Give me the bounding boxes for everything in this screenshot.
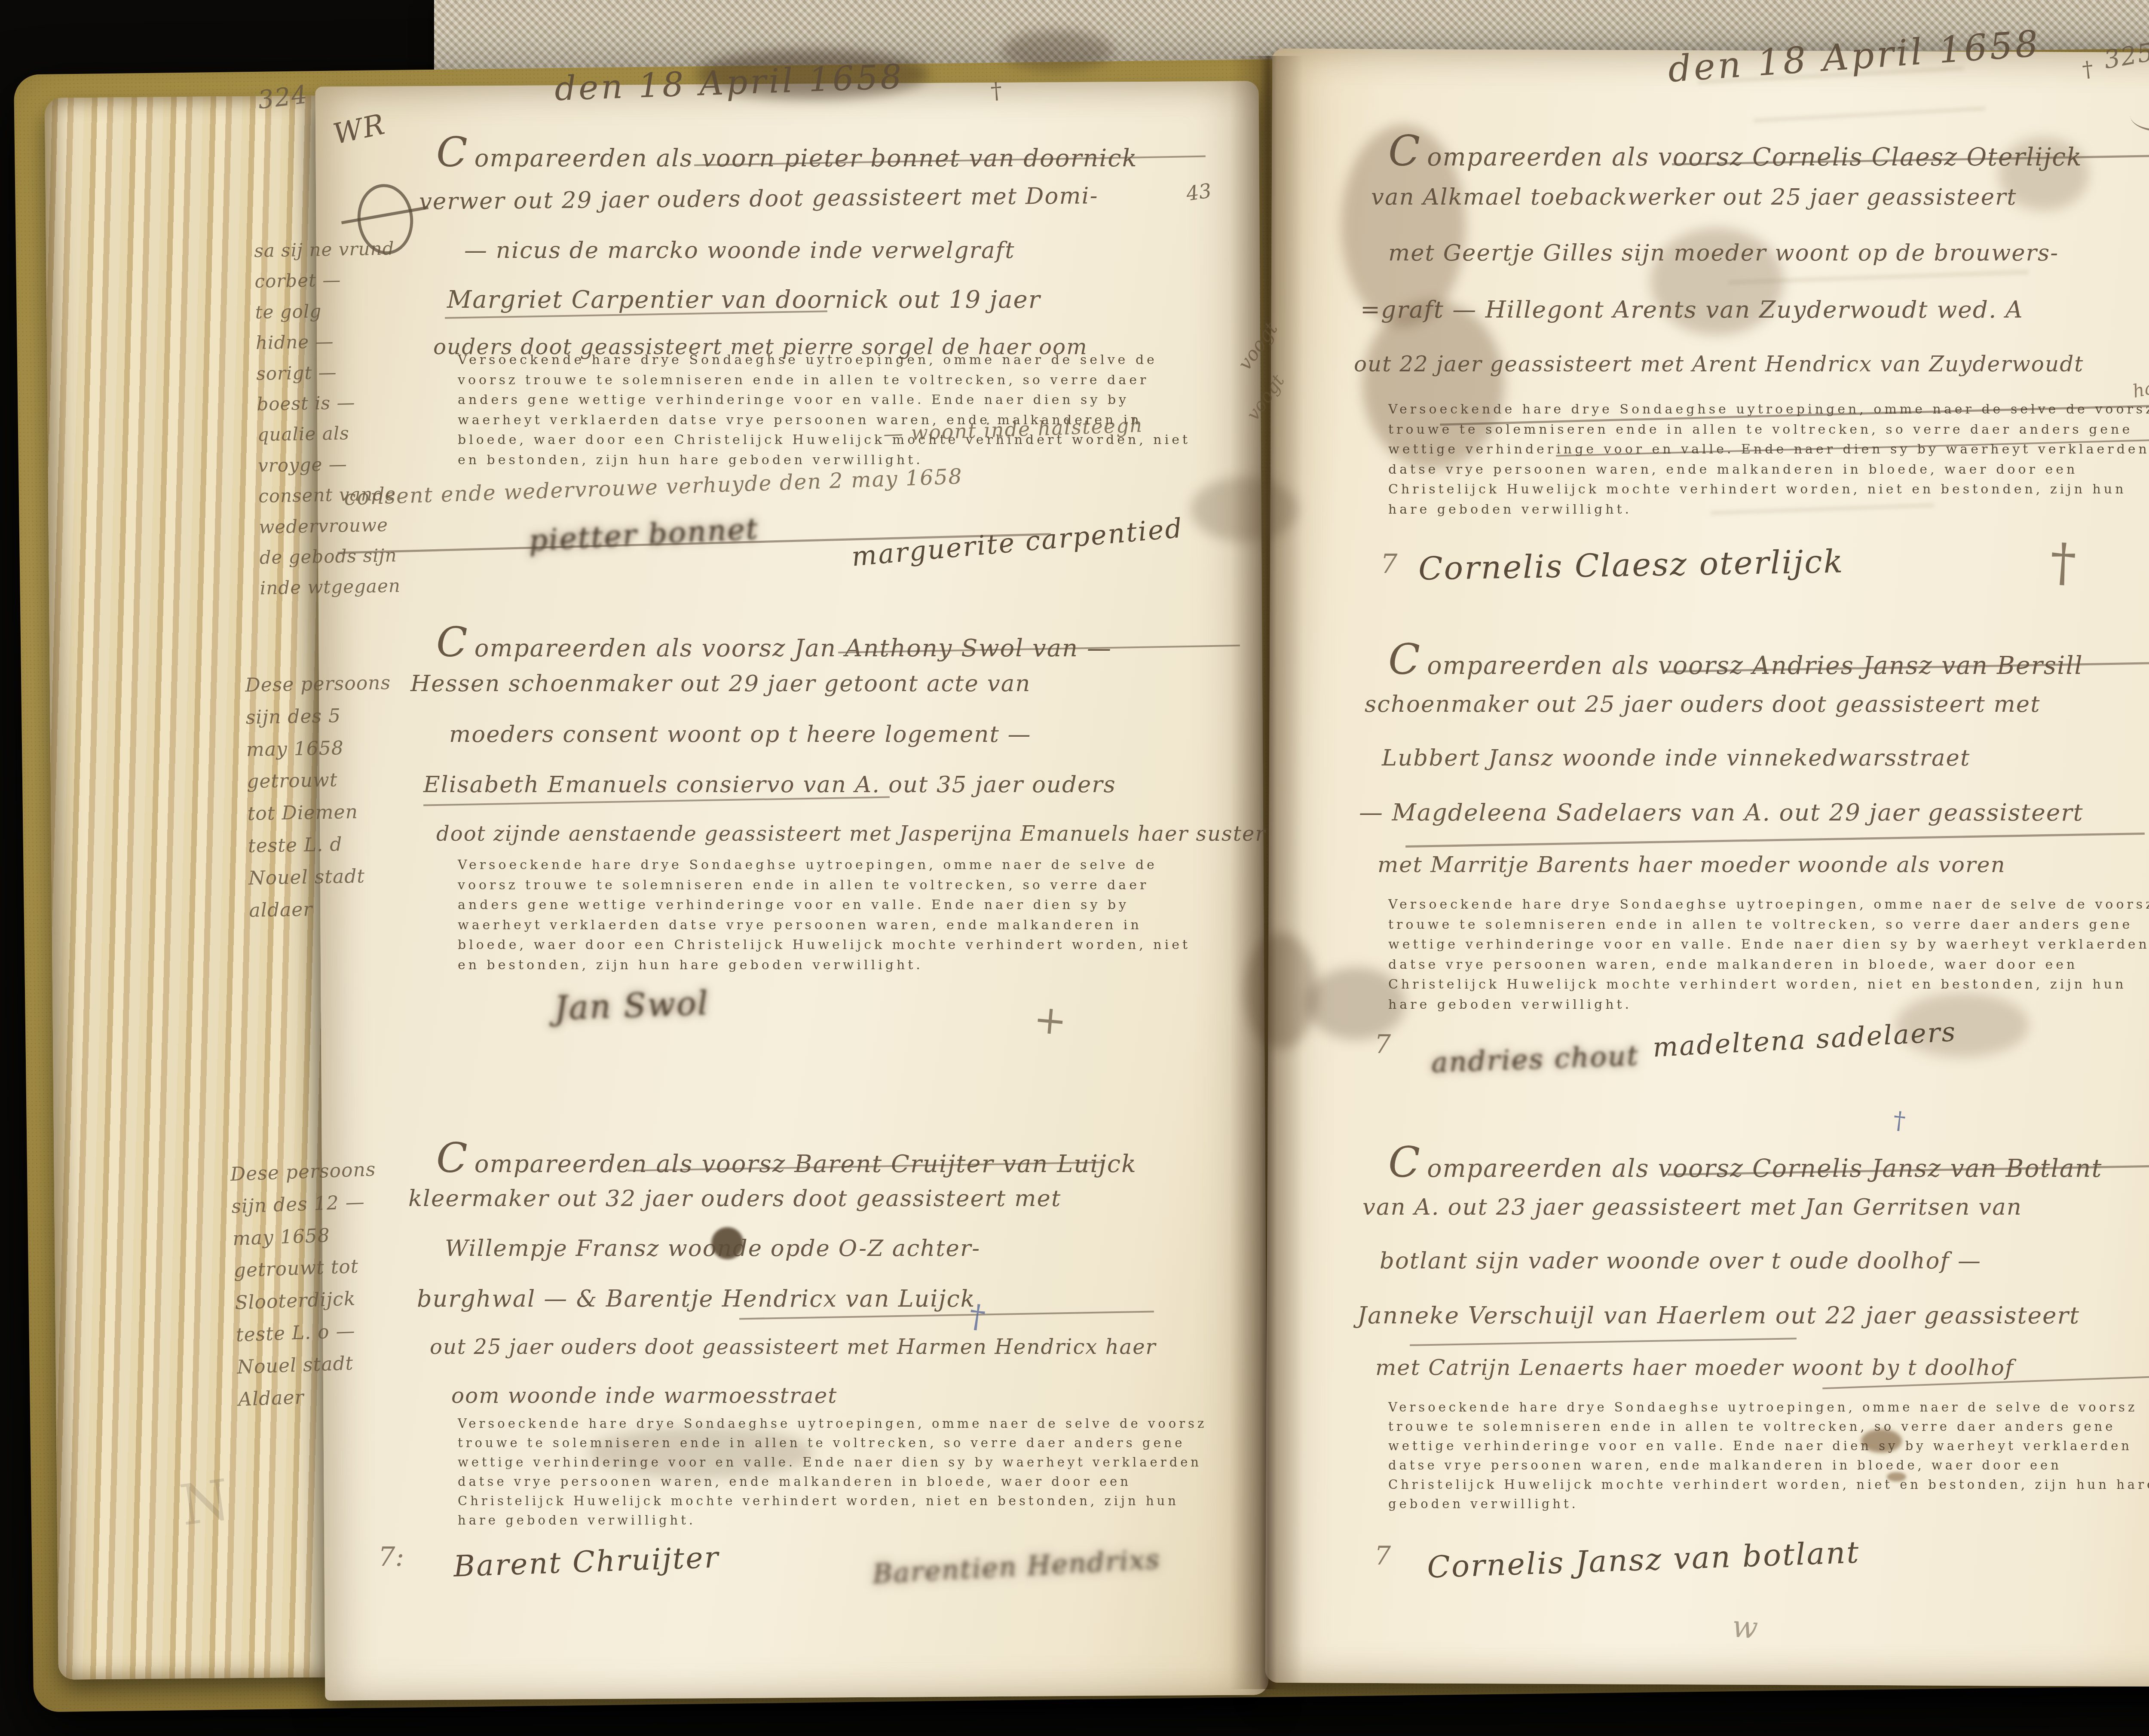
entry-line: burghwal — & Barentje Hendricx van Luijc… <box>417 1285 975 1312</box>
signature: Cornelis Claesz oterlijck <box>1418 543 1844 587</box>
entry-line: Compareerden als voorsz Cornelis Claesz … <box>1388 127 2082 175</box>
banns-formula: Versoeckende hare drye Sondaeghse uytroe… <box>1388 1398 2149 1514</box>
signature-bracket: 7 <box>1375 1541 1391 1571</box>
entry-line: Janneke Verschuijl van Haerlem out 22 ja… <box>1357 1301 2080 1329</box>
banns-formula: Versoeckende hare drye Sondaeghse uytroe… <box>458 350 1214 470</box>
entry-line: van A. out 23 jaer geassisteert met Jan … <box>1362 1194 2022 1220</box>
entry-line: met Marritje Barents haer moeder woonde … <box>1378 852 2005 878</box>
banns-formula: Versoeckende hare drye Sondaeghse uytroe… <box>1388 400 2149 520</box>
margin-annotation: Dese persoons sijn des 5 may 1658 getrou… <box>245 667 395 927</box>
entry-line: oom woonde inde warmoesstraet <box>451 1383 837 1408</box>
gutter-shadow <box>1230 56 1303 1689</box>
entry-line: Lubbert Jansz woonde inde vinnekedwarsst… <box>1382 745 1970 771</box>
damp-stain <box>1191 477 1298 542</box>
signature-bracket: 7 <box>1381 548 1397 579</box>
ghost-pencil-mark: N <box>176 1467 234 1538</box>
entry-line: Compareerden als voorn pieter bonnet van… <box>436 129 1138 176</box>
signature-cross: † <box>2048 533 2077 594</box>
left-heading-cross: † <box>990 78 1003 104</box>
entry-line: botlant sijn vader woonde over t oude do… <box>1380 1248 1981 1274</box>
banns-formula: Versoeckende hare drye Sondaeghse uytroe… <box>1388 895 2149 1015</box>
entry-line: out 22 jaer geassisteert met Arent Hendr… <box>1354 352 2084 377</box>
entry-line: Compareerden als voorsz Cornelis Jansz v… <box>1388 1138 2102 1187</box>
edge-note: 43 <box>1185 179 1213 205</box>
banns-formula: Versoeckende hare drye Sondaeghse uytroe… <box>458 855 1214 975</box>
banns-formula: Versoeckende hare drye Sondaeghse uytroe… <box>458 1414 1214 1530</box>
entry-line: Compareerden als voorsz Barent Cruijter … <box>436 1135 1137 1182</box>
entry-line: Compareerden als voorsz Jan Anthony Swol… <box>436 619 1112 666</box>
entry-line: Hessen schoenmaker out 29 jaer getoont a… <box>410 671 1031 697</box>
entry-line: met Catrijn Lenaerts haer moeder woont b… <box>1375 1355 2014 1381</box>
entry-line: kleermaker out 32 jaer ouders doot geass… <box>408 1185 1061 1212</box>
entry-line: doot zijnde aenstaende geassisteert met … <box>436 822 1266 846</box>
entry-line: Margriet Carpentier van doornick out 19 … <box>447 286 1041 314</box>
entry-line: — nicus de marcko woonde inde verwelgraf… <box>464 237 1015 263</box>
margin-annotation: Dese persoons sijn des 12 — may 1658 get… <box>230 1154 384 1416</box>
flourish-mark: w <box>1731 1609 1759 1646</box>
left-page-number: 324 <box>256 80 309 115</box>
signature-bracket: 7: <box>378 1541 404 1572</box>
ink-stain <box>1001 30 1113 71</box>
entry-line: Willempje Fransz woonde opde O-Z achter- <box>445 1235 980 1261</box>
entry-line: Elisabeth Emanuels consiervo van A. out … <box>423 772 1116 798</box>
entry-line: Compareerden als voorsz Andries Jansz va… <box>1388 635 2083 684</box>
entry-line: schoenmaker out 25 jaer ouders doot geas… <box>1365 691 2040 717</box>
entry-line: out 25 jaer ouders doot geassisteert met… <box>430 1335 1157 1359</box>
entry-line: moeders consent woont op t heere logemen… <box>449 721 1032 747</box>
margin-annotation: sa sij ne vrund corbet — te golg hidne —… <box>254 233 401 603</box>
archival-book-photo: 324 WR den 18 April 1658 † N sa sij ne v… <box>0 0 2149 1736</box>
entry-line: met Geertje Gilles sijn moeder woont op … <box>1388 240 2059 266</box>
damp-stain <box>1244 933 1317 1049</box>
entry-line: =graft — Hillegont Arents van Zuyderwoud… <box>1360 296 2023 323</box>
signature-cross: + <box>1032 996 1068 1044</box>
signature-bracket: 7 <box>1375 1029 1391 1059</box>
signature: Jan Swol <box>554 984 710 1028</box>
entry-line: — Magdeleena Sadelaers van A. out 29 jae… <box>1359 799 2084 826</box>
entry-line: van Alkmael toebackwerker out 25 jaer ge… <box>1371 184 2017 210</box>
